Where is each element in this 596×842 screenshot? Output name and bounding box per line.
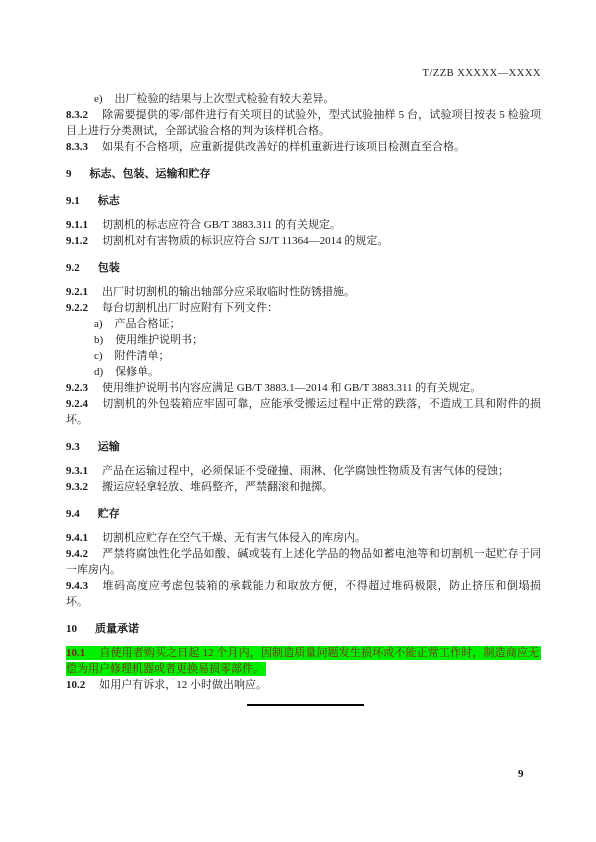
clause-text: 包装 xyxy=(98,262,120,274)
clause-number: 9.4.1 xyxy=(66,532,88,544)
clause-text: 保修单。 xyxy=(115,366,159,378)
document-body: e)出厂检验的结果与上次型式检验有较大差异。8.3.2除需要提供的零/部件进行有… xyxy=(66,0,541,693)
clause-number: 9 xyxy=(66,168,72,180)
clause-text: 堆码高度应考虑包装箱的承载能力和取放方便，不得超过堆码极限，防止挤压和倒塌损坏。 xyxy=(66,580,541,608)
clause-text: 运输 xyxy=(98,441,120,453)
clause-text: 如果有不合格项，应重新提供改善好的样机重新进行该项目检测直至合格。 xyxy=(102,141,465,153)
clause-number: e) xyxy=(94,93,103,105)
clause-number: 10.1 xyxy=(66,647,85,659)
clause-number: 9.3 xyxy=(66,441,80,453)
clause-paragraph: 9.3.2搬运应轻拿轻放、堆码整齐，严禁翻滚和抛掷。 xyxy=(66,479,541,495)
clause-number: 10 xyxy=(66,623,77,635)
clause-number: 9.2.1 xyxy=(66,286,88,298)
section-heading: 9.1标志 xyxy=(66,193,541,209)
clause-paragraph: 8.3.2除需要提供的零/部件进行有关项目的试验外，型式试验抽样 5 台，试验项… xyxy=(66,107,541,139)
clause-number: 9.4.3 xyxy=(66,580,88,592)
clause-text: 如用户有诉求，12 小时做出响应。 xyxy=(99,679,267,691)
list-item: a)产品合格证； xyxy=(66,316,541,332)
clause-paragraph: 9.1.1切割机的标志应符合 GB/T 3883.311 的有关规定。 xyxy=(66,217,541,233)
green-highlight: 10.1自使用者购买之日起 12 个月内，因制造质量问题发生损坏或不能正常工作时… xyxy=(66,646,541,676)
clause-number: a) xyxy=(94,318,103,330)
clause-paragraph: 9.4.3堆码高度应考虑包装箱的承载能力和取放方便，不得超过堆码极限，防止挤压和… xyxy=(66,578,541,610)
clause-paragraph: 9.2.2每台切割机出厂时应附有下列文件： xyxy=(66,300,541,316)
clause-number: 9.4 xyxy=(66,508,80,520)
clause-text: 除需要提供的零/部件进行有关项目的试验外，型式试验抽样 5 台，试验项目按表 5… xyxy=(66,109,541,137)
clause-text: 自使用者购买之日起 12 个月内，因制造质量问题发生损坏或不能正常工作时，制造商… xyxy=(66,647,539,675)
section-heading: 9标志、包装、运输和贮存 xyxy=(66,166,541,182)
clause-number: 9.2 xyxy=(66,262,80,274)
clause-number: 9.2.4 xyxy=(66,398,88,410)
clause-number: 8.3.2 xyxy=(66,109,88,121)
clause-text: 贮存 xyxy=(98,508,120,520)
clause-number: 9.2.3 xyxy=(66,382,88,394)
clause-number: 9.2.2 xyxy=(66,302,88,314)
clause-text: 每台切割机出厂时应附有下列文件： xyxy=(102,302,278,314)
list-item: c)附件清单； xyxy=(66,348,541,364)
clause-number: 8.3.3 xyxy=(66,141,88,153)
section-heading: 10质量承诺 xyxy=(66,621,541,637)
clause-number: 9.1.1 xyxy=(66,219,88,231)
page-number: 9 xyxy=(518,768,524,780)
clause-number: 9.1.2 xyxy=(66,235,88,247)
section-heading: 9.2包装 xyxy=(66,260,541,276)
end-of-text-divider xyxy=(247,704,364,706)
clause-text: 切割机的标志应符合 GB/T 3883.311 的有关规定。 xyxy=(102,219,341,231)
clause-text: 标志 xyxy=(98,195,120,207)
clause-text: 使用维护说明书内容应满足 GB/T 3883.1—2014 和 GB/T 388… xyxy=(102,382,481,394)
clause-text: 切割机的外包装箱应牢固可靠，应能承受搬运过程中正常的跌落，不造成工具和附件的损坏… xyxy=(66,398,541,426)
clause-number: 9.1 xyxy=(66,195,80,207)
clause-text: 使用维护说明书； xyxy=(115,334,203,346)
document-page: T/ZZB XXXXX—XXXX e)出厂检验的结果与上次型式检验有较大差异。8… xyxy=(0,0,596,842)
clause-paragraph: 9.3.1产品在运输过程中，必须保证不受碰撞、雨淋、化学腐蚀性物质及有害气体的侵… xyxy=(66,463,541,479)
clause-number: b) xyxy=(94,334,103,346)
list-item: e)出厂检验的结果与上次型式检验有较大差异。 xyxy=(66,91,541,107)
clause-text: 标志、包装、运输和贮存 xyxy=(90,168,211,180)
clause-text: 出厂时切割机的输出轴部分应采取临时性防锈措施。 xyxy=(102,286,355,298)
clause-paragraph: 9.4.1切割机应贮存在空气干燥、无有害气体侵入的库房内。 xyxy=(66,530,541,546)
clause-text: 出厂检验的结果与上次型式检验有较大差异。 xyxy=(115,93,335,105)
clause-number: 9.3.1 xyxy=(66,465,88,477)
section-heading: 9.3运输 xyxy=(66,439,541,455)
clause-paragraph: 10.2如用户有诉求，12 小时做出响应。 xyxy=(66,677,541,693)
clause-number: d) xyxy=(94,366,103,378)
clause-paragraph: 8.3.3如果有不合格项，应重新提供改善好的样机重新进行该项目检测直至合格。 xyxy=(66,139,541,155)
clause-paragraph: 9.2.4切割机的外包装箱应牢固可靠，应能承受搬运过程中正常的跌落，不造成工具和… xyxy=(66,396,541,428)
clause-text: 产品在运输过程中，必须保证不受碰撞、雨淋、化学腐蚀性物质及有害气体的侵蚀； xyxy=(102,465,509,477)
clause-number: 9.4.2 xyxy=(66,548,88,560)
list-item: b)使用维护说明书； xyxy=(66,332,541,348)
clause-text: 严禁将腐蚀性化学品如酸、碱或装有上述化学品的物品如蓄电池等和切割机一起贮存于同一… xyxy=(66,548,541,576)
clause-text: 产品合格证； xyxy=(115,318,181,330)
clause-number: 10.2 xyxy=(66,679,85,691)
section-heading: 9.4贮存 xyxy=(66,506,541,522)
clause-number: c) xyxy=(94,350,103,362)
clause-paragraph: 9.4.2严禁将腐蚀性化学品如酸、碱或装有上述化学品的物品如蓄电池等和切割机一起… xyxy=(66,546,541,578)
list-item: d)保修单。 xyxy=(66,364,541,380)
clause-text: 附件清单； xyxy=(115,350,170,362)
clause-text: 切割机应贮存在空气干燥、无有害气体侵入的库房内。 xyxy=(102,532,366,544)
highlighted-clause: 10.1自使用者购买之日起 12 个月内，因制造质量问题发生损坏或不能正常工作时… xyxy=(66,645,541,677)
clause-paragraph: 9.2.3使用维护说明书内容应满足 GB/T 3883.1—2014 和 GB/… xyxy=(66,380,541,396)
clause-text: 质量承诺 xyxy=(95,623,139,635)
clause-paragraph: 9.2.1出厂时切割机的输出轴部分应采取临时性防锈措施。 xyxy=(66,284,541,300)
clause-text: 切割机对有害物质的标识应符合 SJ/T 11364—2014 的规定。 xyxy=(102,235,388,247)
clause-paragraph: 9.1.2切割机对有害物质的标识应符合 SJ/T 11364—2014 的规定。 xyxy=(66,233,541,249)
clause-number: 9.3.2 xyxy=(66,481,88,493)
clause-text: 搬运应轻拿轻放、堆码整齐，严禁翻滚和抛掷。 xyxy=(102,481,333,493)
